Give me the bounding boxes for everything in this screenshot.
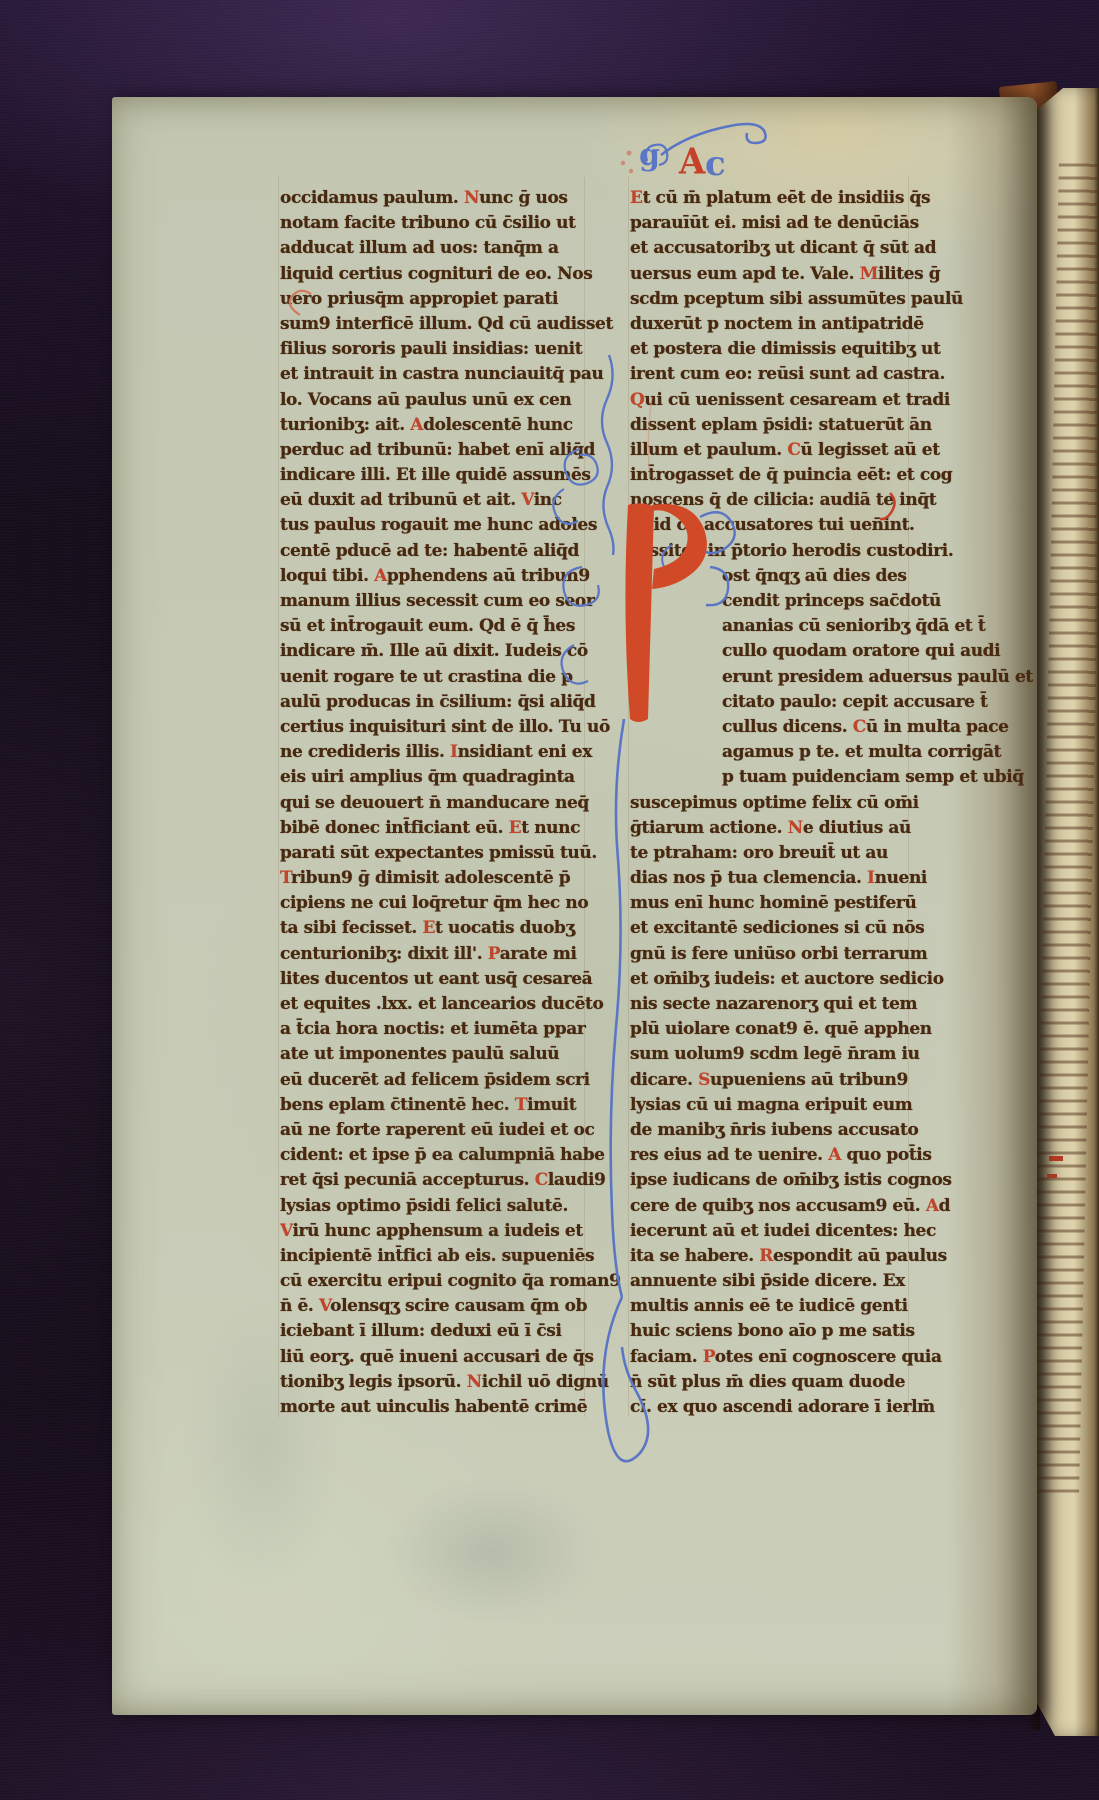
manuscript-line: bibē donec int̄ficiant eū. Et nunc	[280, 816, 586, 841]
rubricated-letter: C	[535, 1170, 548, 1190]
manuscript-line: occidamus paulum. Nunc ḡ uos	[280, 186, 586, 211]
rubricated-letter: I	[630, 541, 638, 561]
manuscript-line: et accusatoribʒ ut dicant q̄ sūt ad	[630, 236, 925, 261]
manuscript-line: ita se habere. Respondit aū paulus	[630, 1244, 925, 1269]
manuscript-line: ne credideris illis. Insidiant eni ex	[280, 740, 586, 765]
rubricated-letter: A	[926, 1196, 939, 1216]
manuscript-line: ate ut imponentes paulū saluū	[280, 1042, 586, 1067]
manuscript-line: noscens q̄ de cilicia: audiā te inq̄t	[630, 488, 925, 513]
manuscript-line: nis secte nazarenorʒ qui et tem	[630, 992, 925, 1017]
manuscript-line: de manibʒ n̄ris iubens accusato	[630, 1118, 925, 1143]
manuscript-line: cere de quibʒ nos accusam9 eū. Ad	[630, 1194, 925, 1219]
manuscript-line: eis uiri amplius q̄m quadraginta	[280, 765, 586, 790]
rubricated-letter: N	[788, 818, 803, 838]
rubricated-letter: T	[280, 868, 291, 888]
manuscript-line: citato paulo: cepit accusare t̄	[630, 690, 925, 715]
rubricated-letter: A	[828, 1145, 841, 1165]
rubricated-letter: V	[521, 490, 534, 510]
manuscript-line: suscepimus optime felix cū om̄i	[630, 791, 925, 816]
manuscript-line: filius sororis pauli insidias: uenit	[280, 337, 586, 362]
manuscript-line: dissent eplam p̄sidi: statuerūt ān	[630, 413, 925, 438]
manuscript-line: te ptraham: oro breuit̄ ut au	[630, 841, 925, 866]
fore-edge-red-mark	[1049, 1156, 1063, 1161]
rubricated-letter: P	[488, 944, 500, 964]
manuscript-line: agamus p te. et multa corrigāt	[630, 740, 925, 765]
manuscript-line: liū eorʒ. quē inueni accusari de q̄s	[280, 1345, 586, 1370]
manuscript-line: lo. Vocans aū paulus unū ex cen	[280, 388, 586, 413]
manuscript-line: dicare. Supueniens aū tribun9	[630, 1068, 925, 1093]
rubricated-letter: I	[867, 868, 875, 888]
rubricated-letter: N	[464, 188, 479, 208]
rubricated-letter: R	[759, 1246, 773, 1266]
rubricated-letter: V	[319, 1296, 330, 1316]
parchment-stain	[382, 1477, 602, 1627]
rubricated-letter: S	[698, 1070, 710, 1090]
manuscript-line: erunt presidem aduersus paulū et	[630, 665, 925, 690]
manuscript-line: et om̄ibʒ iudeis: et auctore sedicio	[630, 967, 925, 992]
manuscript-line: cident: et ipse p̄ ea calumpniā habe	[280, 1143, 586, 1168]
rubricated-letter: P	[703, 1347, 715, 1367]
running-title-letter-red: A	[679, 144, 705, 180]
manuscript-line: Et cū m̄ platum eēt de insidiis q̄s	[630, 186, 925, 211]
manuscript-line: iciebant ī illum: deduxi eū ī c̄si	[280, 1319, 586, 1344]
manuscript-line: cī. ex quo ascendi adorare ī ierlm̄	[630, 1395, 925, 1420]
manuscript-line: ananias cū senioribʒ q̄dā et t̄	[630, 614, 925, 639]
manuscript-line: aulū producas in c̄silium: q̄si aliq̄d	[280, 690, 586, 715]
manuscript-line: et postera die dimissis equitibʒ ut	[630, 337, 925, 362]
manuscript-line: ret q̄si pecuniā accepturus. Claudi9	[280, 1168, 586, 1193]
rubricated-letter: I	[450, 742, 458, 762]
manuscript-line: et intrauit in castra nunciauitq̄ pau	[280, 362, 586, 387]
manuscript-line: faciam. Potes enī cognoscere quia	[630, 1345, 925, 1370]
manuscript-line: sū et int̄rogauit eum. Qd ē q̄ h̄es	[280, 614, 586, 639]
manuscript-line: centurionibʒ: dixit ill'. Parate mi	[280, 942, 586, 967]
manuscript-line: aū ne forte raperent eū iudei et oc	[280, 1118, 586, 1143]
manuscript-line: et excitantē sediciones si cū nōs	[630, 916, 925, 941]
rubricated-letter: A	[410, 415, 423, 435]
text-column-right: Et cū m̄ platum eēt de insidiis q̄sparau…	[630, 186, 925, 1420]
manuscript-line: a t̄cia hora noctis: et iumēta ppar	[280, 1017, 586, 1042]
manuscript-line: parauīūt ei. misi ad te denūciās	[630, 211, 925, 236]
rubricated-letter: V	[280, 1221, 293, 1241]
manuscript-line: liquid certius cognituri de eo. Nos	[280, 262, 586, 287]
manuscript-line: lites ducentos ut eant usq̄ cesareā	[280, 967, 586, 992]
manuscript-line: quid cū accusatores tui uen̄int.	[630, 513, 925, 538]
manuscript-line: ta sibi fecisset. Et uocatis duobʒ	[280, 916, 586, 941]
manuscript-photograph: g A c occidamus paulum. Nunc ḡ uosnotam …	[0, 0, 1099, 1800]
manuscript-line: illum et paulum. Cū legisset aū et	[630, 438, 925, 463]
manuscript-line: notam facite tribuno cū c̄silio ut	[280, 211, 586, 236]
manuscript-line: manum illius secessit cum eo seor	[280, 589, 586, 614]
manuscript-line: duxerūt p noctem in antipatridē	[630, 312, 925, 337]
running-title: g A c	[617, 115, 797, 185]
manuscript-line: n̄ sūt plus m̄ dies quam duode	[630, 1370, 925, 1395]
manuscript-line: perduc ad tribunū: habet enī aliq̄d	[280, 438, 586, 463]
manuscript-line: eū ducerēt ad felicem p̄sidem scri	[280, 1068, 586, 1093]
manuscript-line: gnū is fere uniūso orbi terrarum	[630, 942, 925, 967]
manuscript-line: tus paulus rogauit me hunc adoles	[280, 513, 586, 538]
manuscript-line: res eius ad te uenire. A quo pot̄is	[630, 1143, 925, 1168]
manuscript-line: eū duxit ad tribunū et ait. Vinc	[280, 488, 586, 513]
manuscript-line: irent cum eo: reūsi sunt ad castra.	[630, 362, 925, 387]
manuscript-line: Qui cū uenissent cesaream et tradi	[630, 388, 925, 413]
rubricated-letter: M	[860, 264, 878, 284]
manuscript-line: Tribun9 ḡ dimisit adolescentē p̄	[280, 866, 586, 891]
rubricated-letter: Q	[630, 390, 644, 410]
manuscript-line: multis annis eē te iudicē genti	[630, 1294, 925, 1319]
rubricated-letter: E	[630, 188, 643, 208]
fore-edge-red-mark	[1047, 1174, 1057, 1178]
ruling-line	[628, 177, 629, 1417]
manuscript-line: p tuam puidenciam semp et ubiq̄	[630, 765, 925, 790]
manuscript-line: annuente sibi p̄side dicere. Ex	[630, 1269, 925, 1294]
running-title-letter-blue-right: c	[705, 147, 726, 181]
manuscript-line: bens eplam c̄tinentē hec. Timuit	[280, 1093, 586, 1118]
manuscript-line: iecerunt aū et iudei dicentes: hec	[630, 1219, 925, 1244]
manuscript-line: qui se deuouert n̄ manducare neq̄	[280, 791, 586, 816]
manuscript-line: morte aut uinculis habentē crimē	[280, 1395, 586, 1420]
ruling-line	[278, 177, 279, 1417]
manuscript-line: uenit rogare te ut crastina die p	[280, 665, 586, 690]
fore-edge-leaves	[1037, 88, 1099, 1736]
manuscript-line: uero priusq̄m appropiet parati	[280, 287, 586, 312]
rubricated-letter: A	[374, 566, 387, 586]
manuscript-line: dias nos p̄ tua clemencia. Inueni	[630, 866, 925, 891]
rubricated-letter: N	[467, 1372, 482, 1392]
manuscript-line: centē pducē ad te: habentē aliq̄d	[280, 539, 586, 564]
manuscript-line: lysias optimo p̄sidi felici salutē.	[280, 1194, 586, 1219]
rubricated-letter: E	[422, 918, 435, 938]
manuscript-line: plū uiolare conat9 ē. quē apphen	[630, 1017, 925, 1042]
manuscript-line: cendit princeps sac̄dotū	[630, 589, 925, 614]
manuscript-line: cullus dicens. Cū in multa pace	[630, 715, 925, 740]
manuscript-line: indicare illi. Et ille quidē assumēs	[280, 463, 586, 488]
manuscript-line: sum9 interficē illum. Qd cū audisset	[280, 312, 586, 337]
manuscript-line: turionibʒ: ait. Adolescentē hunc	[280, 413, 586, 438]
manuscript-line: parati sūt expectantes pmissū tuū.	[280, 841, 586, 866]
manuscript-line: Virū hunc apphensum a iudeis et	[280, 1219, 586, 1244]
manuscript-line: adducat illum ad uos: tanq̄m a	[280, 236, 586, 261]
rubricated-letter: C	[787, 440, 800, 460]
manuscript-line: loqui tibi. Apphendens aū tribun9	[280, 564, 586, 589]
manuscript-line: n̄ ē. Volensqʒ scire causam q̄m ob	[280, 1294, 586, 1319]
manuscript-line: cullo quodam oratore qui audi	[630, 639, 925, 664]
manuscript-line: scdm pceptum sibi assumūtes paulū	[630, 287, 925, 312]
manuscript-line: mus enī hunc hominē pestiferū	[630, 891, 925, 916]
manuscript-line: lysias cū ui magna eripuit eum	[630, 1093, 925, 1118]
manuscript-line: sum uolum9 scdm legē n̄ram iu	[630, 1042, 925, 1067]
manuscript-line: certius inquisituri sint de illo. Tu uō	[280, 715, 586, 740]
manuscript-line: int̄rogasset de q̄ puincia eēt: et cog	[630, 463, 925, 488]
manuscript-line: cipiens ne cui loq̄retur q̄m hec no	[280, 891, 586, 916]
manuscript-line: incipientē int̄fici ab eis. supueniēs	[280, 1244, 586, 1269]
manuscript-line: ipse iudicans de om̄ibʒ istis cognos	[630, 1168, 925, 1193]
rubricated-letter: C	[853, 717, 866, 737]
manuscript-line: tionibʒ legis ipsorū. Nichil uō dignū	[280, 1370, 586, 1395]
rubricated-letter: E	[509, 818, 522, 838]
manuscript-line: huic sciens bono aīo p me satis	[630, 1319, 925, 1344]
manuscript-line: ḡtiarum actione. Ne diutius aū	[630, 816, 925, 841]
gutter-shading	[947, 97, 1037, 1715]
manuscript-line: cū exercitu eripui cognito q̄a roman9	[280, 1269, 586, 1294]
rubricated-letter: T	[515, 1095, 527, 1115]
running-title-letter-blue-left: g	[639, 141, 660, 171]
manuscript-line: Iussitqʒ in p̄torio herodis custodiri.	[630, 539, 925, 564]
manuscript-line: uersus eum apd te. Vale. Milites ḡ	[630, 262, 925, 287]
text-column-left: occidamus paulum. Nunc ḡ uosnotam facite…	[280, 186, 586, 1420]
manuscript-page: g A c occidamus paulum. Nunc ḡ uosnotam …	[112, 97, 1037, 1715]
manuscript-line: ost q̄nqʒ aū dies des	[630, 564, 925, 589]
fore-edge-text-lines	[1031, 158, 1099, 1499]
manuscript-line: indicare m̄. Ille aū dixit. Iudeis cō	[280, 639, 586, 664]
manuscript-line: et equites .lxx. et lancearios ducēto	[280, 992, 586, 1017]
